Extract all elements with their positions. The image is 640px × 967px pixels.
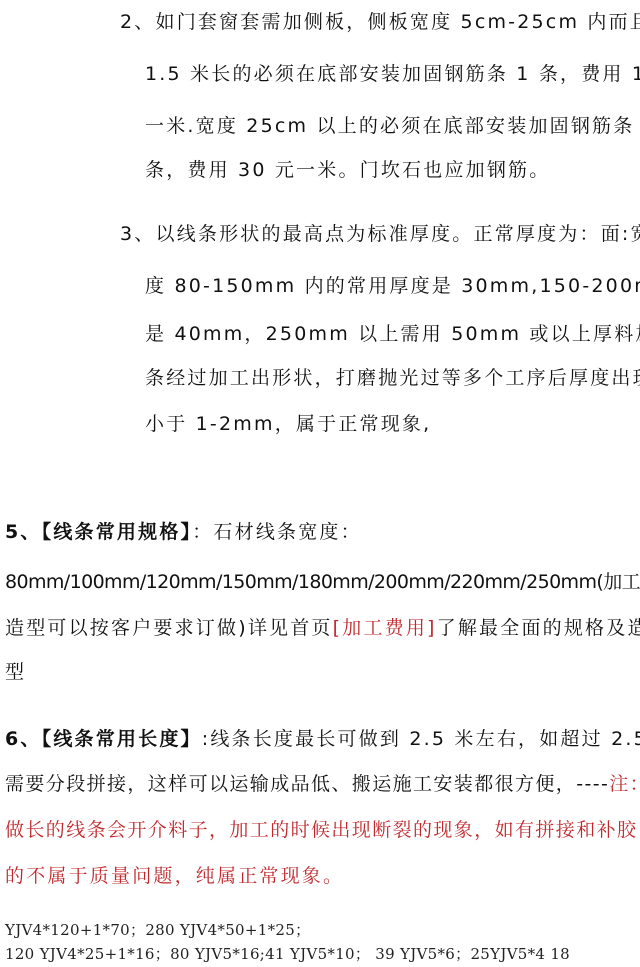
section-5-heading: 5、【线条常用规格】：石材线条宽度： xyxy=(5,520,362,544)
section-6-heading: 6、【线条常用长度】:线条长度最长可做到 2.5 米左右，如超过 2.5 米 xyxy=(5,727,640,751)
section-5-subtitle: ：石材线条宽度： xyxy=(192,521,362,543)
section-5-widths: 80mm/100mm/120mm/150mm/180mm/200mm/220mm… xyxy=(5,570,640,594)
section-5-text: 造型可以按客户要求订做)详见首页 xyxy=(5,617,333,639)
section-3-line-1: 3、以线条形状的最高点为标准厚度。正常厚度为：面:宽 xyxy=(120,222,640,246)
section-5-text-after: 了解最全面的规格及造 xyxy=(437,617,640,639)
processing-fee-link[interactable]: [加工费用] xyxy=(333,617,437,639)
section-5-line-3: 造型可以按客户要求订做)详见首页[加工费用]了解最全面的规格及造 xyxy=(5,616,640,640)
section-2-line-1: 2、如门套窗套需加侧板，侧板宽度 5cm-25cm 内而且超过 xyxy=(120,10,640,34)
section-6-text: :线条长度最长可做到 2.5 米左右，如超过 2.5 米 xyxy=(202,728,640,750)
section-2-line-3: 一米.宽度 25cm 以上的必须在底部安装加固钢筋条 2 xyxy=(145,114,640,138)
section-6-title: 【线条常用长度】 xyxy=(42,728,202,750)
section-6-note-line-1: 做长的线条会开介料子，加工的时候出现断裂的现象，如有拼接和补胶 xyxy=(5,818,637,842)
section-6-note-line-2: 的不属于质量问题，纯属正常现象。 xyxy=(5,864,344,888)
section-3-line-5: 小于 1-2mm，属于正常现象, xyxy=(145,412,431,436)
section-5-title: 【线条常用规格】 xyxy=(42,521,193,543)
footer-line-2: 120 YJV4*25+1*16；80 YJV5*16;41 YJV5*10； … xyxy=(5,945,570,963)
section-6-text-2: 需要分段拼接，这样可以运输成品低、搬运施工安装都很方便，---- xyxy=(5,773,609,795)
section-5-number: 5、 xyxy=(5,521,42,543)
section-3-line-2: 度 80-150mm 内的常用厚度是 30mm,150-200mm 常用 xyxy=(145,274,640,298)
section-6-line-2: 需要分段拼接，这样可以运输成品低、搬运施工安装都很方便，----注： xyxy=(5,772,640,796)
section-6-number: 6、 xyxy=(5,728,42,750)
footer-line-1: YJV4*120+1*70；280 YJV4*50+1*25； xyxy=(5,921,310,939)
section-3-line-4: 条经过加工出形状，打磨抛光过等多个工序后厚度出现 xyxy=(145,366,640,390)
section-5-line-4: 型 xyxy=(5,660,26,684)
note-label: 注： xyxy=(609,773,640,795)
section-3-line-3: 是 40mm，250mm 以上需用 50mm 或以上厚料加工，线 xyxy=(145,322,640,346)
section-2-line-2: 1.5 米长的必须在底部安装加固钢筋条 1 条，费用 15 元 xyxy=(145,62,640,86)
section-2-line-4: 条，费用 30 元一米。门坎石也应加钢筋。 xyxy=(145,158,550,182)
